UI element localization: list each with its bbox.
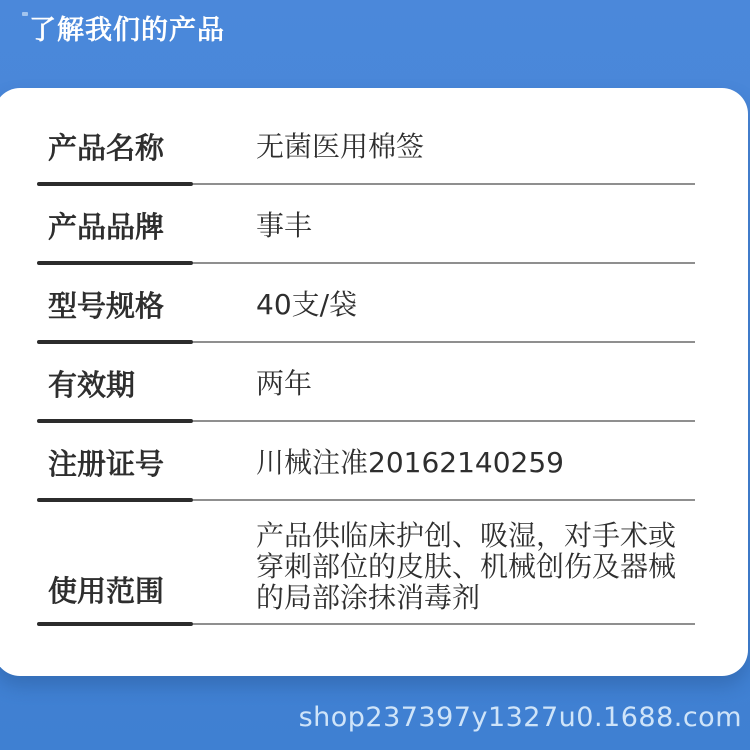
divider-thin-segment bbox=[193, 623, 695, 625]
table-row: 有效期 两年 bbox=[37, 344, 695, 423]
spec-label: 有效期 bbox=[37, 363, 256, 404]
divider-thin-segment bbox=[193, 420, 695, 422]
page-header: 了解我们的产品 bbox=[0, 0, 750, 88]
spec-label: 使用范围 bbox=[37, 569, 256, 626]
table-row: 使用范围 产品供临床护创、吸湿，对手术或穿刺部位的皮肤、机械创伤及器械的局部涂抹… bbox=[37, 502, 695, 626]
product-spec-card: 产品名称 无菌医用棉签 产品品牌 事丰 型号规格 40支/袋 有效期 两年 注册… bbox=[0, 88, 748, 676]
light-speck-artifact bbox=[22, 12, 28, 16]
table-row: 产品品牌 事丰 bbox=[37, 186, 695, 265]
spec-value: 40支/袋 bbox=[256, 289, 695, 320]
table-row: 型号规格 40支/袋 bbox=[37, 265, 695, 344]
spec-label: 注册证号 bbox=[37, 442, 256, 483]
row-divider bbox=[37, 622, 695, 626]
spec-value: 两年 bbox=[256, 368, 695, 399]
shop-watermark: shop237397y1327u0.1688.com bbox=[299, 702, 742, 733]
divider-thin-segment bbox=[193, 499, 695, 501]
spec-value: 产品供临床护创、吸湿，对手术或穿刺部位的皮肤、机械创伤及器械的局部涂抹消毒剂 bbox=[256, 520, 695, 626]
table-row: 产品名称 无菌医用棉签 bbox=[37, 107, 695, 186]
spec-label: 产品品牌 bbox=[37, 205, 256, 246]
page-title: 了解我们的产品 bbox=[29, 8, 225, 47]
divider-thin-segment bbox=[193, 183, 695, 185]
product-spec-table: 产品名称 无菌医用棉签 产品品牌 事丰 型号规格 40支/袋 有效期 两年 注册… bbox=[37, 107, 695, 626]
table-row: 注册证号 川械注准20162140259 bbox=[37, 423, 695, 502]
spec-value: 事丰 bbox=[256, 210, 695, 241]
divider-thin-segment bbox=[193, 262, 695, 264]
divider-thick-segment bbox=[37, 622, 193, 626]
spec-value: 川械注准20162140259 bbox=[256, 447, 695, 478]
divider-thin-segment bbox=[193, 341, 695, 343]
spec-label: 产品名称 bbox=[37, 126, 256, 167]
spec-label: 型号规格 bbox=[37, 284, 256, 325]
spec-value: 无菌医用棉签 bbox=[256, 131, 695, 162]
